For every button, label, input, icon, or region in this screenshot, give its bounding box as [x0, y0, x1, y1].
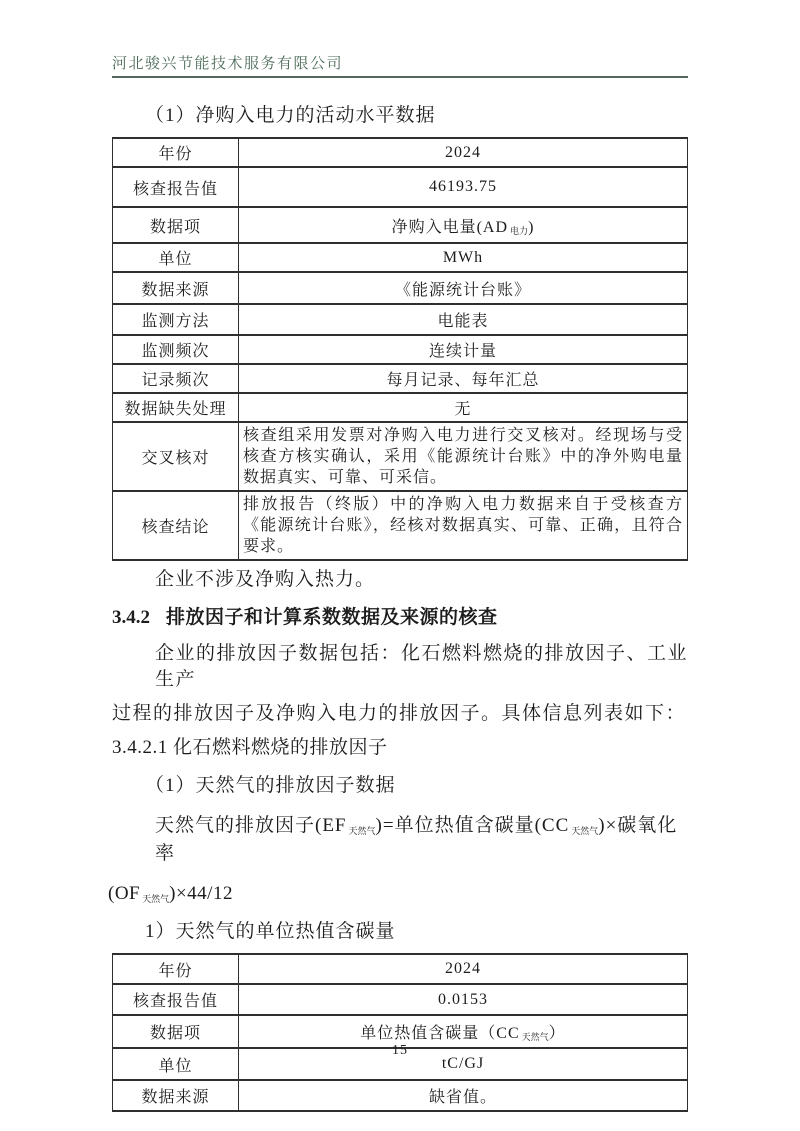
row-label-cell: 监测方法 [113, 304, 239, 335]
no-heat-note: 企业不涉及净购入热力。 [155, 567, 688, 593]
page-content: 河北骏兴节能技术服务有限公司 （1）净购入电力的活动水平数据 年份 2024 核… [0, 0, 800, 1112]
row-value-cell: 每月记录、每年汇总 [239, 364, 688, 393]
row-label-cell: 数据来源 [113, 1080, 239, 1111]
value-text: 净购入电量(AD [392, 219, 508, 236]
table-row: 年份 2024 [113, 138, 688, 167]
formula-subscript: 天然气 [142, 894, 169, 904]
page-number: 15 [112, 1043, 688, 1059]
value-subscript: 电力 [510, 226, 528, 236]
row-label-cell: 数据来源 [113, 272, 239, 304]
table-row: 数据缺失处理 无 [113, 393, 688, 422]
paragraph-line: 过程的排放因子及净购入电力的排放因子。具体信息列表如下： [112, 701, 688, 727]
row-label-cell: 监测频次 [113, 335, 239, 364]
row-label-cell: 年份 [113, 138, 239, 167]
table-row: 年份 2024 [113, 954, 688, 984]
table-row: 监测频次 连续计量 [113, 335, 688, 364]
row-value-cell: MWh [239, 243, 688, 272]
table-row: 单位 MWh [113, 243, 688, 272]
section-title: 排放因子和计算系数数据及来源的核查 [166, 607, 498, 628]
table-row: 数据项 净购入电量(AD电力) [113, 207, 688, 243]
row-label-cell: 交叉核对 [113, 422, 239, 491]
table-row: 交叉核对 核查组采用发票对净购入电力进行交叉核对。经现场与受核查方核实确认，采用… [113, 422, 688, 491]
formula-text: )×44/12 [169, 883, 233, 904]
row-label-cell: 核查报告值 [113, 167, 239, 207]
row-value-cell: 缺省值。 [239, 1080, 688, 1111]
table-row: 核查结论 排放报告（终版）中的净购入电力数据来自于受核查方《能源统计台账》，经核… [113, 491, 688, 560]
row-value-cell: 电能表 [239, 304, 688, 335]
section-heading-3421: 3.4.2.1 化石燃料燃烧的排放因子 [112, 735, 688, 761]
row-label-cell: 数据项 [113, 207, 239, 243]
row-label-cell: 核查结论 [113, 491, 239, 560]
value-text: 单位热值含碳量（CC [360, 1025, 519, 1042]
table-row: 核查报告值 0.0153 [113, 984, 688, 1015]
row-label-cell: 核查报告值 [113, 984, 239, 1015]
row-value-cell: 2024 [239, 138, 688, 167]
row-value-cell: 排放报告（终版）中的净购入电力数据来自于受核查方《能源统计台账》，经核对数据真实… [239, 491, 688, 560]
section-number: 3.4.2 [112, 607, 150, 628]
table-row: 数据来源 缺省值。 [113, 1080, 688, 1111]
emission-factor-formula-line2: (OF天然气)×44/12 [108, 881, 688, 909]
formula-subscript: 天然气 [571, 826, 598, 836]
page-header: 河北骏兴节能技术服务有限公司 [112, 0, 688, 78]
formula-text: (OF [108, 883, 140, 904]
section-heading-342: 3.4.2排放因子和计算系数数据及来源的核查 [112, 605, 688, 631]
row-value-cell: 0.0153 [239, 984, 688, 1015]
value-text: ) [528, 219, 534, 236]
formula-subscript: 天然气 [349, 826, 376, 836]
value-subscript: 天然气 [522, 1032, 549, 1042]
table-row: 监测方法 电能表 [113, 304, 688, 335]
row-value-cell: 净购入电量(AD电力) [239, 207, 688, 243]
formula-text: 天然气的排放因子(EF [155, 815, 347, 836]
row-label-cell: 单位 [113, 243, 239, 272]
natural-gas-item-title: （1）天然气的排放因子数据 [145, 773, 688, 799]
activity-data-table: 年份 2024 核查报告值 46193.75 数据项 净购入电量(AD电力) 单… [112, 137, 688, 561]
carbon-content-table: 年份 2024 核查报告值 0.0153 数据项 单位热值含碳量（CC天然气） … [112, 953, 688, 1112]
formula-text: )=单位热值含碳量(CC [376, 815, 570, 836]
row-value-cell: 《能源统计台账》 [239, 272, 688, 304]
row-label-cell: 数据缺失处理 [113, 393, 239, 422]
emission-factor-formula-line1: 天然气的排放因子(EF天然气)=单位热值含碳量(CC天然气)×碳氧化率 [155, 813, 688, 867]
table1-title: （1）净购入电力的活动水平数据 [145, 103, 688, 129]
row-label-cell: 年份 [113, 954, 239, 984]
paragraph-line: 企业的排放因子数据包括：化石燃料燃烧的排放因子、工业生产 [155, 641, 688, 693]
row-value-cell: 2024 [239, 954, 688, 984]
value-text: ） [549, 1025, 566, 1042]
row-label-cell: 记录频次 [113, 364, 239, 393]
company-name: 河北骏兴节能技术服务有限公司 [112, 56, 343, 72]
table-row: 记录频次 每月记录、每年汇总 [113, 364, 688, 393]
document-page: 河北骏兴节能技术服务有限公司 （1）净购入电力的活动水平数据 年份 2024 核… [0, 0, 800, 1131]
row-value-cell: 46193.75 [239, 167, 688, 207]
row-value-cell: 无 [239, 393, 688, 422]
table-row: 核查报告值 46193.75 [113, 167, 688, 207]
row-value-cell: 连续计量 [239, 335, 688, 364]
row-value-cell: 核查组采用发票对净购入电力进行交叉核对。经现场与受核查方核实确认，采用《能源统计… [239, 422, 688, 491]
carbon-content-item-title: 1）天然气的单位热值含碳量 [145, 919, 688, 945]
table-row: 数据来源 《能源统计台账》 [113, 272, 688, 304]
